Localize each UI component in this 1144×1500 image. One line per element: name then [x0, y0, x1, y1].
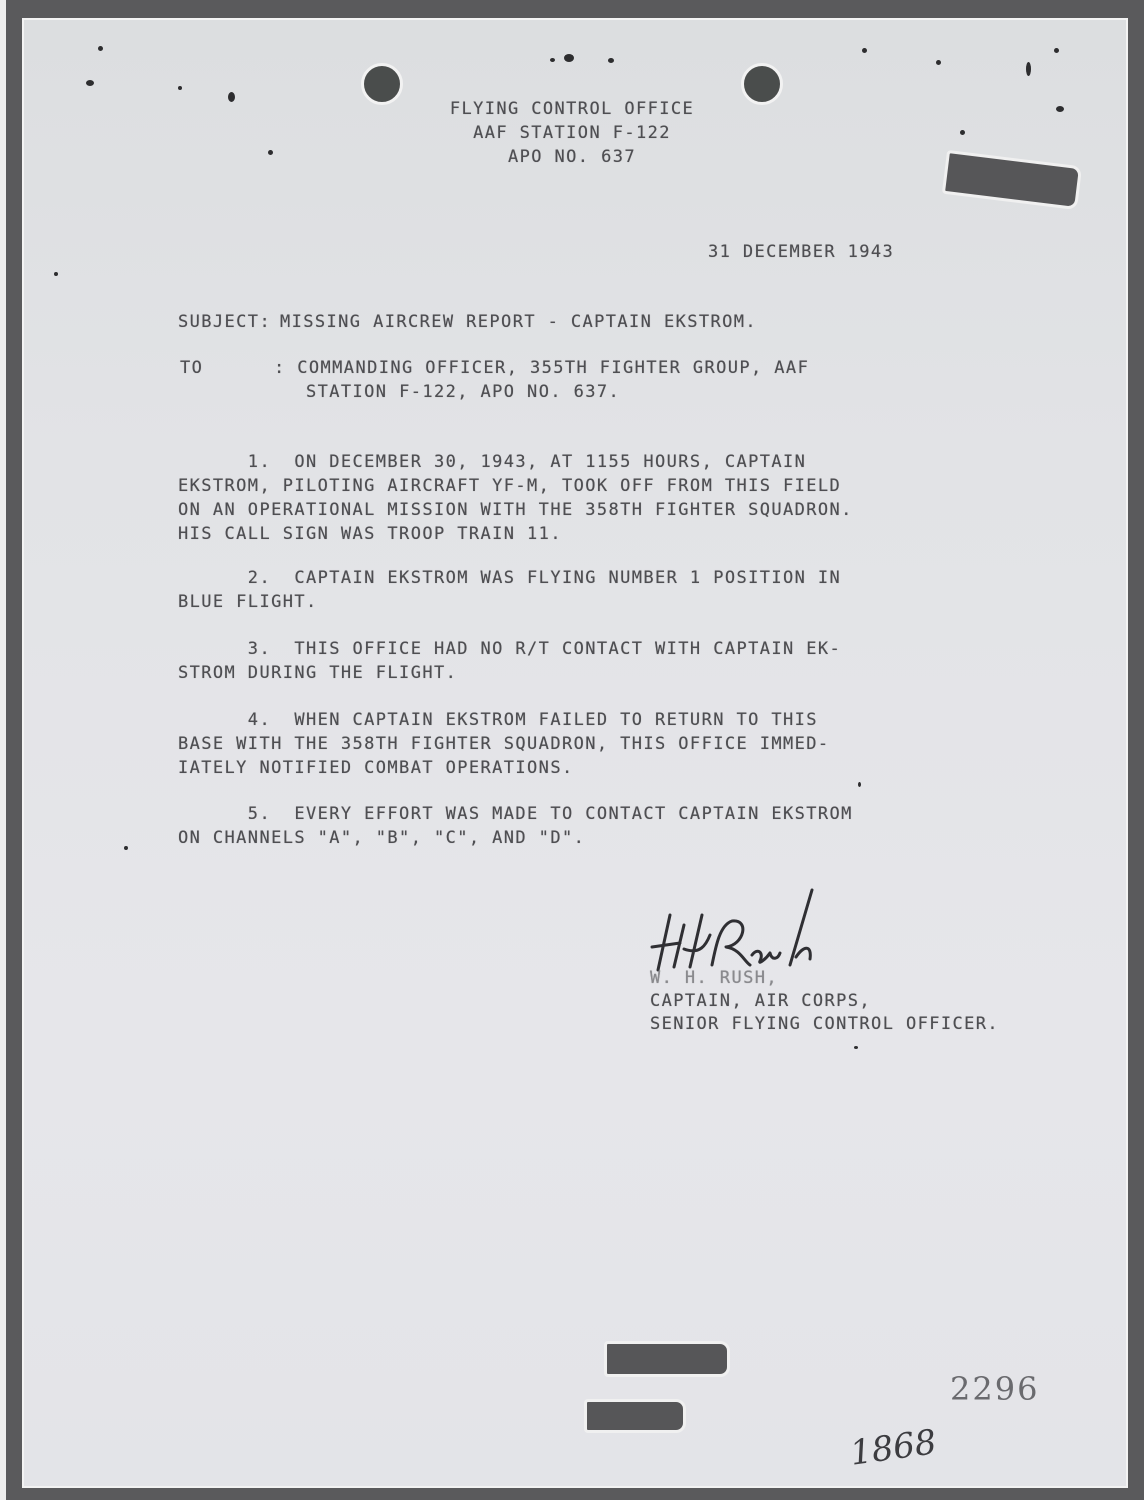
document-date: 31 DECEMBER 1943	[708, 240, 894, 264]
to-line-1: : COMMANDING OFFICER, 355TH FIGHTER GROU…	[274, 356, 809, 380]
speck	[54, 272, 58, 276]
speck	[858, 782, 861, 787]
letterhead-apo: APO NO. 637	[0, 145, 1144, 169]
paragraph-line: IATELY NOTIFIED COMBAT OPERATIONS.	[178, 756, 574, 780]
letterhead-office: FLYING CONTROL OFFICE	[0, 97, 1144, 121]
signer-rank: CAPTAIN, AIR CORPS,	[650, 989, 871, 1013]
signer-name: W. H. RUSH,	[650, 966, 778, 990]
signer-title: SENIOR FLYING CONTROL OFFICER.	[650, 1012, 999, 1036]
paragraph-line: 3. THIS OFFICE HAD NO R/T CONTACT WITH C…	[178, 637, 841, 661]
speck	[550, 58, 555, 62]
paragraph-line: HIS CALL SIGN WAS TROOP TRAIN 11.	[178, 522, 562, 546]
speck	[854, 1046, 858, 1049]
paragraph-line: 5. EVERY EFFORT WAS MADE TO CONTACT CAPT…	[178, 802, 853, 826]
redaction-bottom-1	[604, 1341, 730, 1377]
stamp-number: 2296	[950, 1370, 1039, 1408]
paragraph-line: ON AN OPERATIONAL MISSION WITH THE 358TH…	[178, 498, 853, 522]
speck	[564, 54, 574, 62]
scan-edge	[0, 0, 6, 1500]
paragraph-line: STROM DURING THE FLIGHT.	[178, 661, 457, 685]
paragraph-line: BASE WITH THE 358TH FIGHTER SQUADRON, TH…	[178, 732, 830, 756]
speck	[178, 86, 182, 90]
paragraph-line: ON CHANNELS "A", "B", "C", AND "D".	[178, 826, 585, 850]
speck	[86, 80, 94, 86]
paragraph-line: 4. WHEN CAPTAIN EKSTROM FAILED TO RETURN…	[178, 708, 818, 732]
subject-label: SUBJECT:	[178, 310, 271, 334]
letterhead-station: AAF STATION F-122	[0, 121, 1144, 145]
speck	[1026, 62, 1031, 76]
speck	[124, 846, 128, 850]
to-label: TO	[180, 356, 203, 380]
paragraph-line: 1. ON DECEMBER 30, 1943, AT 1155 HOURS, …	[178, 450, 806, 474]
to-line-2: STATION F-122, APO NO. 637.	[306, 380, 620, 404]
paragraph-line: BLUE FLIGHT.	[178, 590, 318, 614]
speck	[862, 48, 867, 53]
redaction-bottom-2	[584, 1399, 686, 1433]
speck	[936, 60, 941, 65]
speck	[1054, 48, 1059, 53]
subject-text: MISSING AIRCREW REPORT - CAPTAIN EKSTROM…	[280, 310, 757, 334]
paragraph-line: EKSTROM, PILOTING AIRCRAFT YF-M, TOOK OF…	[178, 474, 841, 498]
speck	[608, 58, 614, 63]
paragraph-line: 2. CAPTAIN EKSTROM WAS FLYING NUMBER 1 P…	[178, 566, 841, 590]
speck	[98, 46, 103, 51]
